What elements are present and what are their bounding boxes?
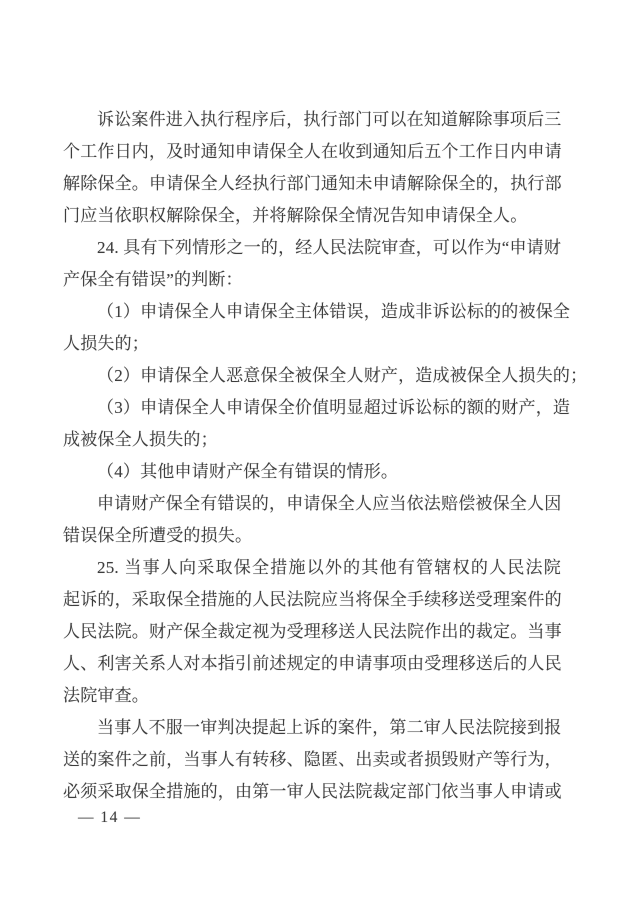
text-line: 当事人不服一审判决提起上诉的案件，第二审人民法院接到报: [63, 712, 561, 744]
text-line: 人民法院。财产保全裁定视为受理移送人民法院作出的裁定。当事: [63, 616, 561, 648]
text-line: 诉讼案件进入执行程序后，执行部门可以在知道解除事项后三: [63, 104, 561, 136]
text-line: 人损失的；: [63, 328, 561, 360]
page-number: — 14 —: [78, 807, 141, 829]
document-page: 诉讼案件进入执行程序后，执行部门可以在知道解除事项后三个工作日内，及时通知申请保…: [0, 0, 640, 905]
text-line: 申请财产保全有错误的，申请保全人应当依法赔偿被保全人因: [63, 488, 561, 520]
text-line: 24. 具有下列情形之一的，经人民法院审查，可以作为“申请财: [63, 232, 561, 264]
text-line: 门应当依职权解除保全，并将解除保全情况告知申请保全人。: [63, 200, 561, 232]
text-line: 个工作日内，及时通知申请保全人在收到通知后五个工作日内申请: [63, 136, 561, 168]
text-line: （4）其他申请财产保全有错误的情形。: [63, 456, 561, 488]
text-line: 送的案件之前，当事人有转移、隐匿、出卖或者损毁财产等行为，: [63, 744, 561, 776]
text-line: 必须采取保全措施的，由第一审人民法院裁定部门依当事人申请或: [63, 776, 561, 808]
text-line: 人、利害关系人对本指引前述规定的申请事项由受理移送后的人民: [63, 648, 561, 680]
text-line: 成被保全人损失的；: [63, 424, 561, 456]
text-line: （3）申请保全人申请保全价值明显超过诉讼标的额的财产，造: [63, 392, 561, 424]
document-body: 诉讼案件进入执行程序后，执行部门可以在知道解除事项后三个工作日内，及时通知申请保…: [63, 104, 561, 808]
text-line: 产保全有错误”的判断：: [63, 264, 561, 296]
text-line: 解除保全。申请保全人经执行部门通知未申请解除保全的，执行部: [63, 168, 561, 200]
text-line: 25. 当事人向采取保全措施以外的其他有管辖权的人民法院: [63, 552, 561, 584]
text-line: （1）申请保全人申请保全主体错误，造成非诉讼标的的被保全: [63, 296, 561, 328]
text-line: 法院审查。: [63, 680, 561, 712]
text-line: 错误保全所遭受的损失。: [63, 520, 561, 552]
text-line: （2）申请保全人恶意保全被保全人财产，造成被保全人损失的；: [63, 360, 561, 392]
text-line: 起诉的，采取保全措施的人民法院应当将保全手续移送受理案件的: [63, 584, 561, 616]
